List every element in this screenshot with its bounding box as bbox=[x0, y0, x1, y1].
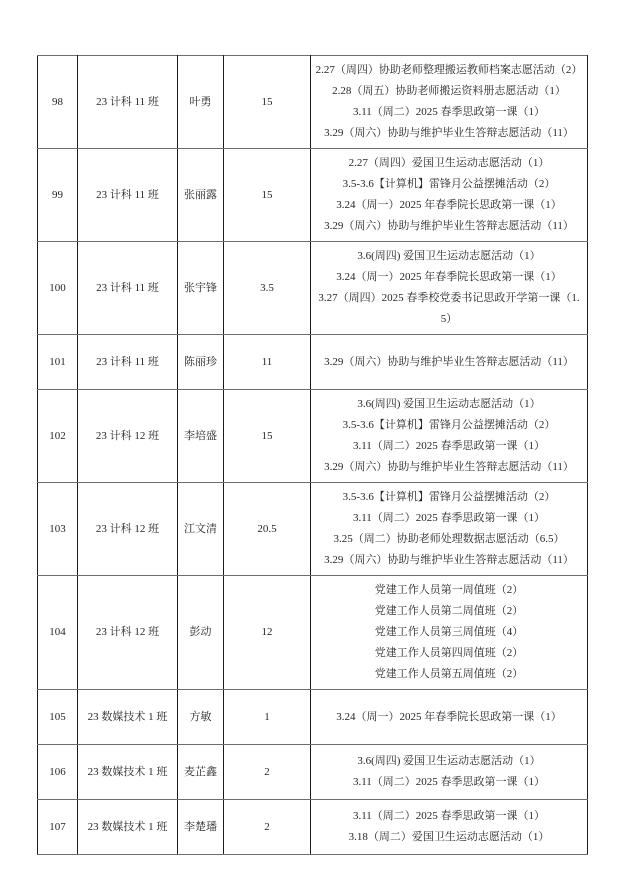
activity-line: 3.11（周二）2025 春季思政第一课（1） bbox=[313, 806, 585, 827]
table-row: 10523 数媒技术 1 班方敏13.24（周一）2025 年春季院长思政第一课… bbox=[38, 690, 588, 745]
activity-line: 3.6(周四) 爱国卫生运动志愿活动（1） bbox=[313, 751, 585, 772]
row-number-cell: 98 bbox=[38, 56, 78, 149]
student-name-cell: 张宇锋 bbox=[178, 242, 224, 335]
student-name-cell: 李培盛 bbox=[178, 390, 224, 483]
activity-line: 党建工作人员第五周值班（2） bbox=[313, 664, 585, 685]
total-hours-cell: 15 bbox=[224, 149, 311, 242]
student-name-cell: 叶勇 bbox=[178, 56, 224, 149]
activity-line: 3.5-3.6【计算机】雷锋月公益摆摊活动（2） bbox=[313, 487, 585, 508]
class-name-cell: 23 计科 11 班 bbox=[78, 335, 178, 390]
table-row: 10223 计科 12 班李培盛153.6(周四) 爱国卫生运动志愿活动（1）3… bbox=[38, 390, 588, 483]
activity-line: 3.27（周四）2025 春季校党委书记思政开学第一课（1.5） bbox=[313, 288, 585, 330]
row-number-cell: 105 bbox=[38, 690, 78, 745]
activity-line: 2.27（周四）协助老师整理搬运教师档案志愿活动（2） bbox=[313, 60, 585, 81]
activity-line: 3.29（周六）协助与维护毕业生答辩志愿活动（11） bbox=[313, 352, 585, 373]
student-name-cell: 张丽露 bbox=[178, 149, 224, 242]
table-row: 10023 计科 11 班张宇锋3.53.6(周四) 爱国卫生运动志愿活动（1）… bbox=[38, 242, 588, 335]
class-name-cell: 23 计科 12 班 bbox=[78, 483, 178, 576]
total-hours-cell: 15 bbox=[224, 390, 311, 483]
table-body: 9823 计科 11 班叶勇152.27（周四）协助老师整理搬运教师档案志愿活动… bbox=[38, 56, 588, 855]
total-hours-cell: 20.5 bbox=[224, 483, 311, 576]
table-row: 9923 计科 11 班张丽露152.27（周四）爱国卫生运动志愿活动（1）3.… bbox=[38, 149, 588, 242]
activities-cell: 党建工作人员第一周值班（2）党建工作人员第二周值班（2）党建工作人员第三周值班（… bbox=[311, 576, 588, 690]
activity-line: 党建工作人员第二周值班（2） bbox=[313, 601, 585, 622]
activities-cell: 3.6(周四) 爱国卫生运动志愿活动（1）3.11（周二）2025 春季思政第一… bbox=[311, 745, 588, 800]
student-name-cell: 彭动 bbox=[178, 576, 224, 690]
activity-line: 3.5-3.6【计算机】雷锋月公益摆摊活动（2） bbox=[313, 174, 585, 195]
activities-cell: 2.27（周四）爱国卫生运动志愿活动（1）3.5-3.6【计算机】雷锋月公益摆摊… bbox=[311, 149, 588, 242]
row-number-cell: 100 bbox=[38, 242, 78, 335]
table-row: 10323 计科 12 班江文清20.53.5-3.6【计算机】雷锋月公益摆摊活… bbox=[38, 483, 588, 576]
activities-cell: 3.5-3.6【计算机】雷锋月公益摆摊活动（2）3.11（周二）2025 春季思… bbox=[311, 483, 588, 576]
activity-line: 3.25（周二）协助老师处理数据志愿活动（6.5） bbox=[313, 529, 585, 550]
row-number-cell: 106 bbox=[38, 745, 78, 800]
volunteer-activity-table: 9823 计科 11 班叶勇152.27（周四）协助老师整理搬运教师档案志愿活动… bbox=[37, 55, 588, 855]
total-hours-cell: 1 bbox=[224, 690, 311, 745]
activities-cell: 3.6(周四) 爱国卫生运动志愿活动（1）3.24（周一）2025 年春季院长思… bbox=[311, 242, 588, 335]
class-name-cell: 23 计科 11 班 bbox=[78, 242, 178, 335]
row-number-cell: 99 bbox=[38, 149, 78, 242]
activity-line: 3.24（周一）2025 年春季院长思政第一课（1） bbox=[313, 267, 585, 288]
row-number-cell: 102 bbox=[38, 390, 78, 483]
table-row: 10123 计科 11 班陈丽珍113.29（周六）协助与维护毕业生答辩志愿活动… bbox=[38, 335, 588, 390]
total-hours-cell: 15 bbox=[224, 56, 311, 149]
activity-line: 3.11（周二）2025 春季思政第一课（1） bbox=[313, 772, 585, 793]
activity-line: 3.11（周二）2025 春季思政第一课（1） bbox=[313, 436, 585, 457]
row-number-cell: 101 bbox=[38, 335, 78, 390]
class-name-cell: 23 计科 12 班 bbox=[78, 390, 178, 483]
class-name-cell: 23 计科 12 班 bbox=[78, 576, 178, 690]
student-name-cell: 江文清 bbox=[178, 483, 224, 576]
class-name-cell: 23 计科 11 班 bbox=[78, 149, 178, 242]
activity-line: 3.5-3.6【计算机】雷锋月公益摆摊活动（2） bbox=[313, 415, 585, 436]
activity-line: 2.27（周四）爱国卫生运动志愿活动（1） bbox=[313, 153, 585, 174]
table-row: 9823 计科 11 班叶勇152.27（周四）协助老师整理搬运教师档案志愿活动… bbox=[38, 56, 588, 149]
total-hours-cell: 2 bbox=[224, 800, 311, 855]
activity-line: 3.29（周六）协助与维护毕业生答辩志愿活动（11） bbox=[313, 123, 585, 144]
document-page: 9823 计科 11 班叶勇152.27（周四）协助老师整理搬运教师档案志愿活动… bbox=[0, 0, 624, 884]
activities-cell: 3.6(周四) 爱国卫生运动志愿活动（1）3.5-3.6【计算机】雷锋月公益摆摊… bbox=[311, 390, 588, 483]
class-name-cell: 23 数媒技术 1 班 bbox=[78, 690, 178, 745]
table-row: 10623 数媒技术 1 班麦芷鑫23.6(周四) 爱国卫生运动志愿活动（1）3… bbox=[38, 745, 588, 800]
table-row: 10423 计科 12 班彭动12党建工作人员第一周值班（2）党建工作人员第二周… bbox=[38, 576, 588, 690]
activity-line: 3.24（周一）2025 年春季院长思政第一课（1） bbox=[313, 195, 585, 216]
total-hours-cell: 12 bbox=[224, 576, 311, 690]
activity-line: 3.29（周六）协助与维护毕业生答辩志愿活动（11） bbox=[313, 550, 585, 571]
total-hours-cell: 2 bbox=[224, 745, 311, 800]
student-name-cell: 麦芷鑫 bbox=[178, 745, 224, 800]
activity-line: 3.29（周六）协助与维护毕业生答辩志愿活动（11） bbox=[313, 457, 585, 478]
row-number-cell: 103 bbox=[38, 483, 78, 576]
activity-line: 3.11（周二）2025 春季思政第一课（1） bbox=[313, 508, 585, 529]
activities-cell: 3.24（周一）2025 年春季院长思政第一课（1） bbox=[311, 690, 588, 745]
activity-line: 3.6(周四) 爱国卫生运动志愿活动（1） bbox=[313, 394, 585, 415]
class-name-cell: 23 计科 11 班 bbox=[78, 56, 178, 149]
activity-line: 党建工作人员第四周值班（2） bbox=[313, 643, 585, 664]
row-number-cell: 107 bbox=[38, 800, 78, 855]
total-hours-cell: 11 bbox=[224, 335, 311, 390]
student-name-cell: 李楚璠 bbox=[178, 800, 224, 855]
activities-cell: 3.29（周六）协助与维护毕业生答辩志愿活动（11） bbox=[311, 335, 588, 390]
activity-line: 2.28（周五）协助老师搬运资料册志愿活动（1） bbox=[313, 81, 585, 102]
table-row: 10723 数媒技术 1 班李楚璠23.11（周二）2025 春季思政第一课（1… bbox=[38, 800, 588, 855]
activity-line: 党建工作人员第一周值班（2） bbox=[313, 580, 585, 601]
activity-line: 3.6(周四) 爱国卫生运动志愿活动（1） bbox=[313, 246, 585, 267]
activities-cell: 2.27（周四）协助老师整理搬运教师档案志愿活动（2）2.28（周五）协助老师搬… bbox=[311, 56, 588, 149]
activity-line: 3.11（周二）2025 春季思政第一课（1） bbox=[313, 102, 585, 123]
total-hours-cell: 3.5 bbox=[224, 242, 311, 335]
activity-line: 3.24（周一）2025 年春季院长思政第一课（1） bbox=[313, 707, 585, 728]
activity-line: 3.18（周二）爱国卫生运动志愿活动（1） bbox=[313, 827, 585, 848]
class-name-cell: 23 数媒技术 1 班 bbox=[78, 800, 178, 855]
student-name-cell: 方敏 bbox=[178, 690, 224, 745]
activities-cell: 3.11（周二）2025 春季思政第一课（1）3.18（周二）爱国卫生运动志愿活… bbox=[311, 800, 588, 855]
class-name-cell: 23 数媒技术 1 班 bbox=[78, 745, 178, 800]
student-name-cell: 陈丽珍 bbox=[178, 335, 224, 390]
activity-line: 3.29（周六）协助与维护毕业生答辩志愿活动（11） bbox=[313, 216, 585, 237]
row-number-cell: 104 bbox=[38, 576, 78, 690]
activity-line: 党建工作人员第三周值班（4） bbox=[313, 622, 585, 643]
